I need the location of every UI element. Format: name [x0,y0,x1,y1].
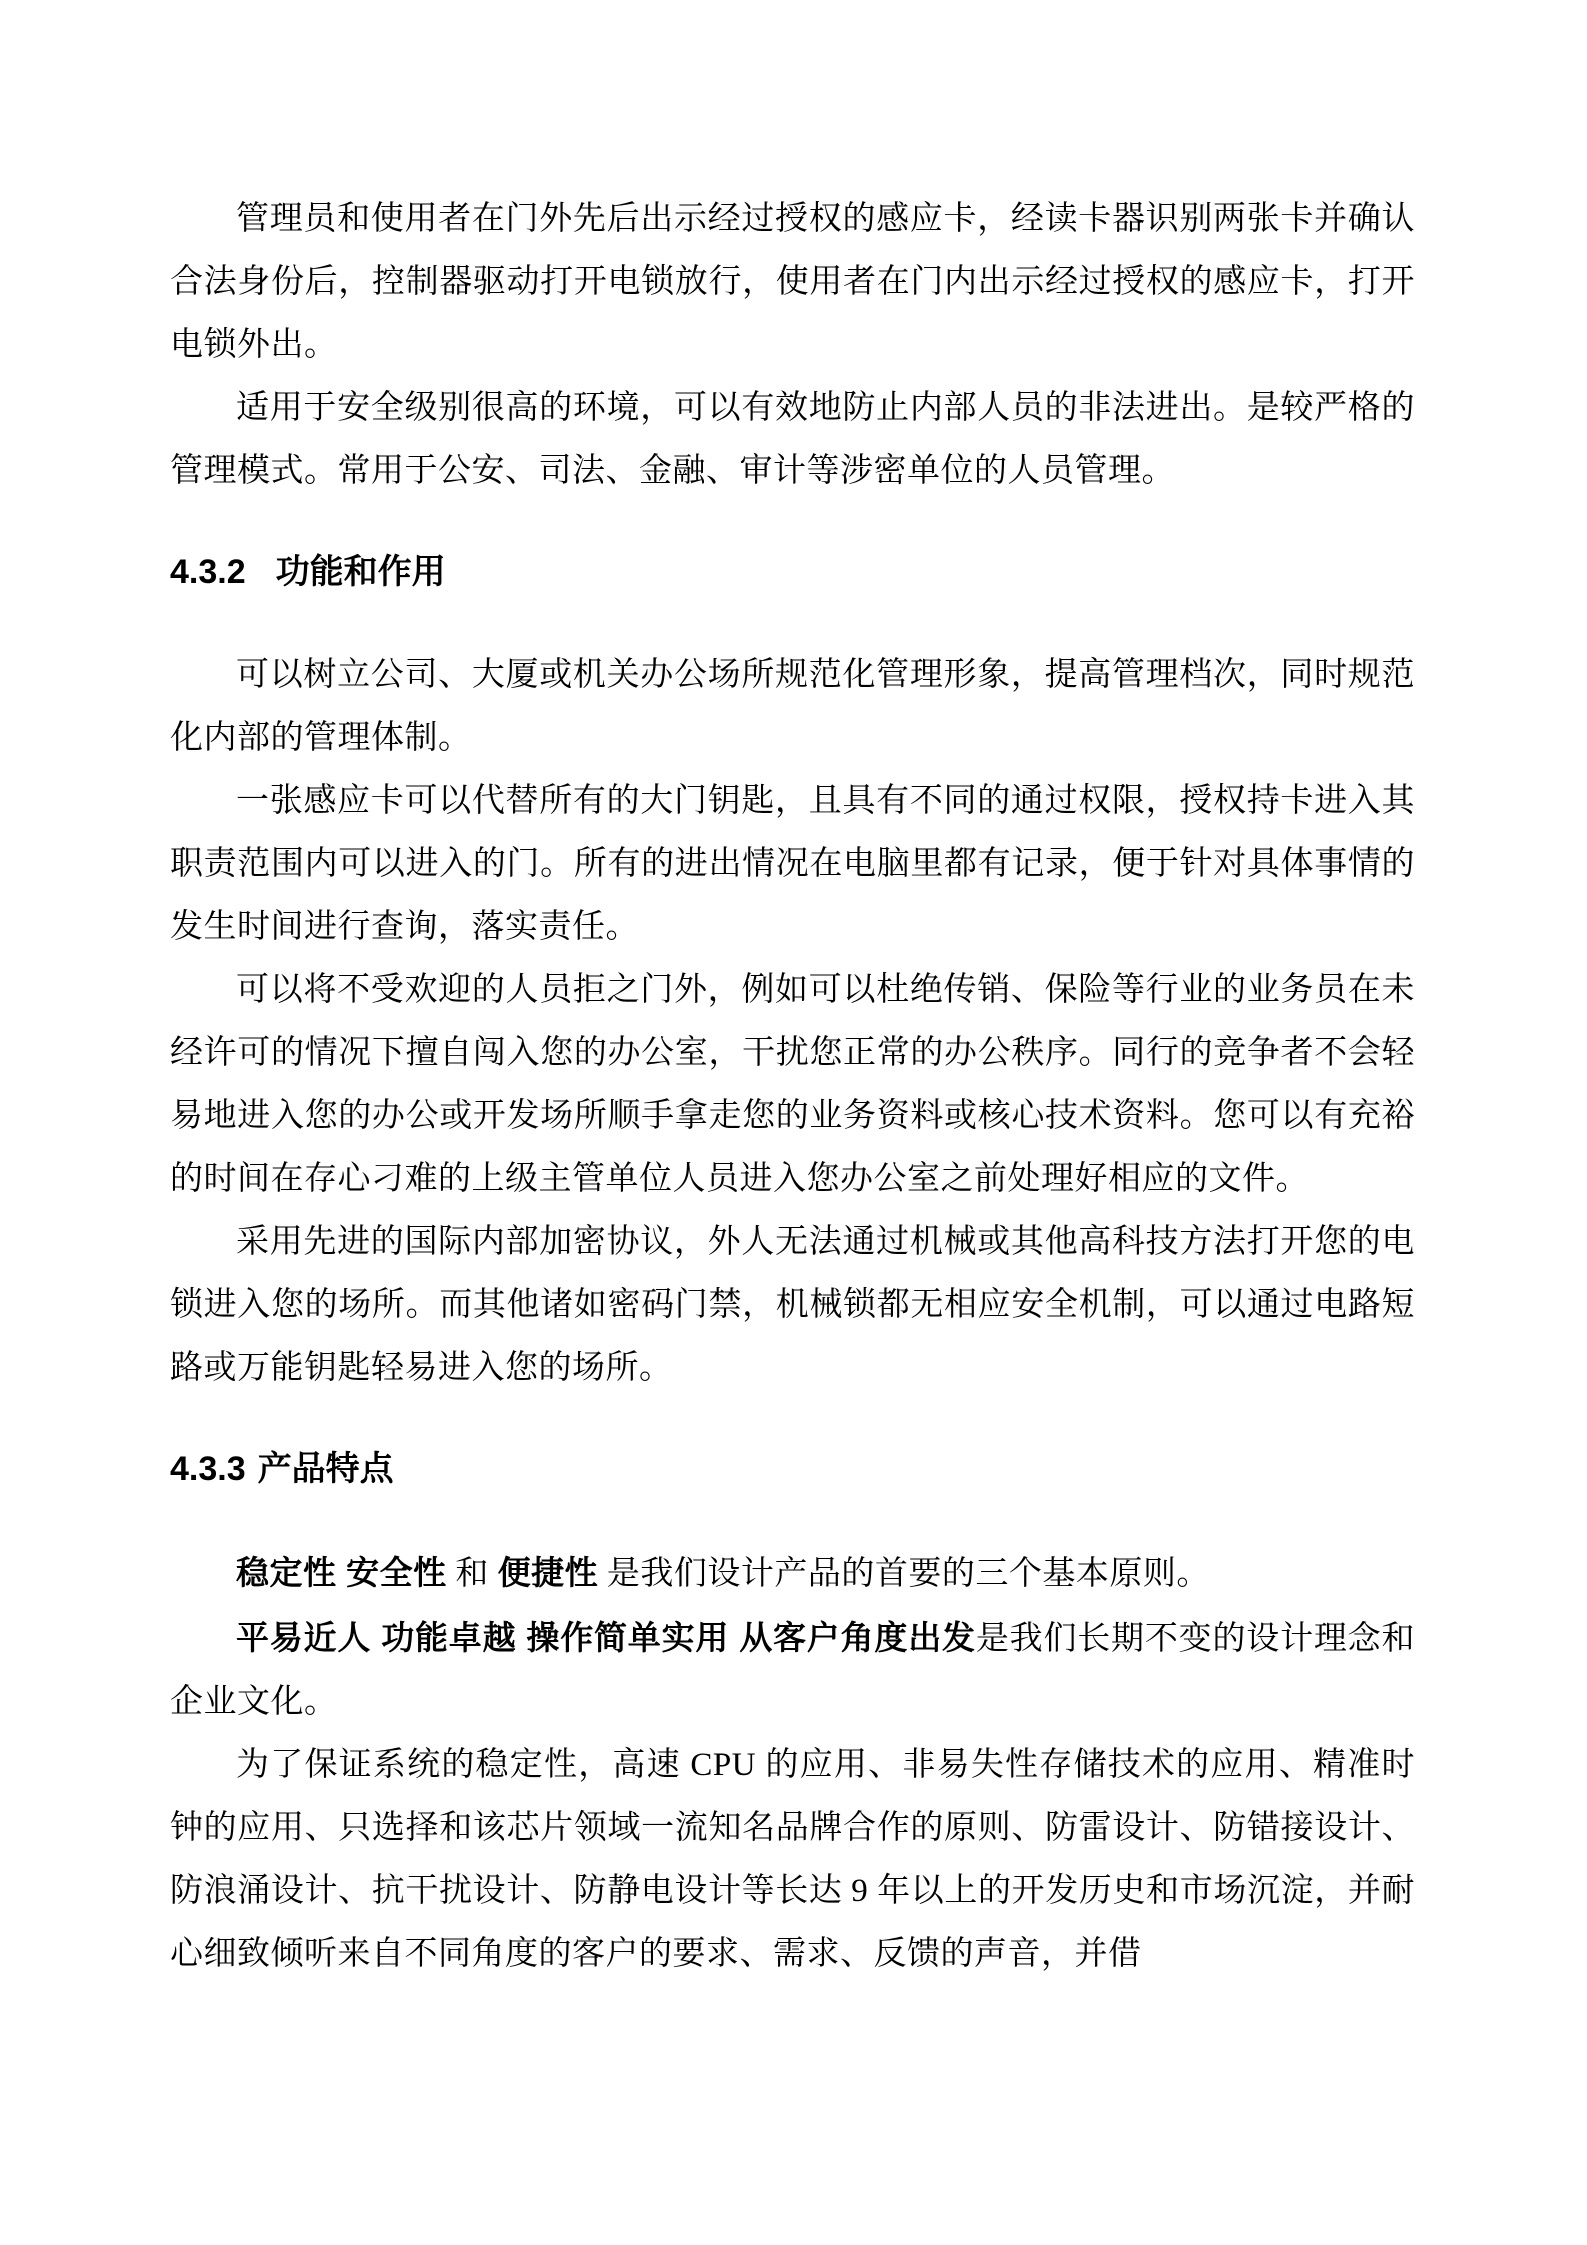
paragraph-keep-out-unwanted: 可以将不受欢迎的人员拒之门外，例如可以杜绝传销、保险等行业的业务员在未经许可的情… [170,959,1415,1211]
text-run-principles-rest: 是我们设计产品的首要的三个基本原则。 [598,1556,1210,1592]
document-body: 管理员和使用者在门外先后出示经过授权的感应卡，经读卡器识别两张卡并确认合法身份后… [170,188,1415,1986]
document-page: 管理员和使用者在门外先后出示经过授权的感应卡，经读卡器识别两张卡并确认合法身份后… [0,0,1587,2245]
heading-4-3-2: 4.3.2功能和作用 [170,541,1415,604]
heading-title: 产品特点 [258,1450,394,1488]
bold-run-stability-security: 稳定性 安全性 [236,1554,447,1591]
paragraph-design-principles: 稳定性 安全性 和 便捷性 是我们设计产品的首要的三个基本原则。 [170,1541,1415,1606]
bold-run-philosophy: 平易近人 功能卓越 操作简单实用 从客户角度出发 [236,1619,976,1656]
paragraph-high-security-usage: 适用于安全级别很高的环境，可以有效地防止内部人员的非法进出。是较严格的管理模式。… [170,377,1415,503]
heading-4-3-3: 4.3.3产品特点 [170,1438,1415,1501]
heading-number: 4.3.3 [170,1438,246,1501]
paragraph-door-open-procedure: 管理员和使用者在门外先后出示经过授权的感应卡，经读卡器识别两张卡并确认合法身份后… [170,188,1415,377]
heading-number: 4.3.2 [170,541,246,604]
paragraph-design-philosophy: 平易近人 功能卓越 操作简单实用 从客户角度出发是我们长期不变的设计理念和企业文… [170,1606,1415,1734]
heading-title: 功能和作用 [276,553,446,591]
paragraph-card-replaces-keys: 一张感应卡可以代替所有的大门钥匙，且具有不同的通过权限，授权持卡进入其职责范围内… [170,770,1415,959]
paragraph-encryption-protocol: 采用先进的国际内部加密协议，外人无法通过机械或其他高科技方法打开您的电锁进入您的… [170,1211,1415,1400]
bold-run-convenience: 便捷性 [498,1554,599,1591]
text-run-and: 和 [447,1556,498,1592]
paragraph-system-stability: 为了保证系统的稳定性，高速 CPU 的应用、非易失性存储技术的应用、精准时钟的应… [170,1734,1415,1986]
paragraph-corporate-image: 可以树立公司、大厦或机关办公场所规范化管理形象，提高管理档次，同时规范化内部的管… [170,644,1415,770]
